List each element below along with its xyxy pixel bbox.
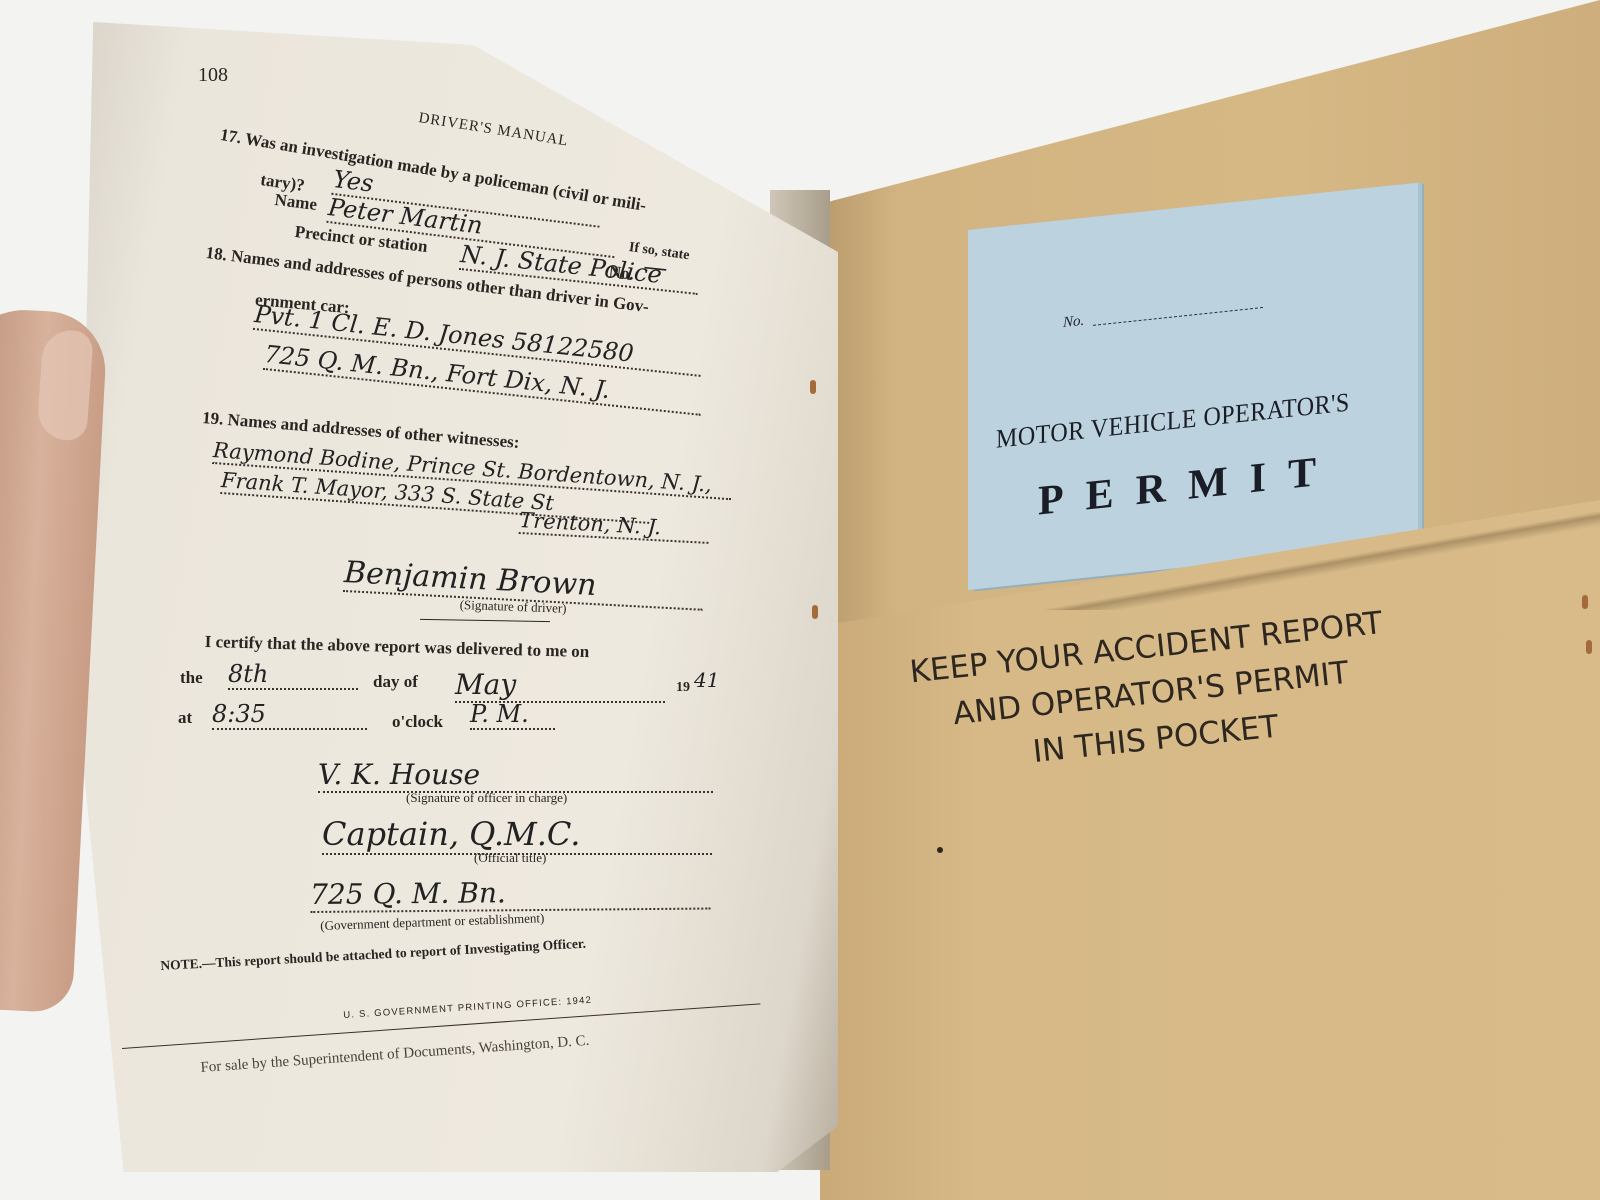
time-value[interactable]: 8:35	[212, 700, 367, 730]
staple-icon	[1582, 595, 1588, 609]
officer-signature[interactable]: V. K. House	[318, 758, 713, 793]
permit-number-line	[1093, 307, 1263, 326]
ampm-value[interactable]: P. M.	[470, 700, 555, 730]
official-title-caption: (Official title)	[474, 850, 546, 866]
day-label-pre: the	[180, 668, 203, 688]
staple-icon	[812, 605, 818, 619]
department[interactable]: 725 Q. M. Bn.	[310, 875, 710, 913]
staple-icon	[810, 380, 816, 394]
time-label-pre: at	[178, 708, 192, 728]
day-value[interactable]: 8th	[228, 660, 358, 690]
pocket-fold-edge	[820, 500, 1600, 610]
ink-dot	[937, 847, 943, 853]
official-title[interactable]: Captain, Q.M.C.	[322, 815, 712, 855]
permit-number-label: No.	[1063, 313, 1084, 332]
time-label-mid: o'clock	[392, 712, 443, 732]
page-number: 108	[198, 64, 228, 87]
open-booklet: No. MOTOR VEHICLE OPERATOR'S PERMIT KEEP…	[0, 0, 1600, 1200]
permit-title: MOTOR VEHICLE OPERATOR'S	[996, 389, 1350, 456]
q17-no-label: No.	[608, 262, 635, 285]
q17-no-value[interactable]: —	[642, 252, 669, 282]
officer-signature-caption: (Signature of officer in charge)	[406, 790, 567, 806]
year-value[interactable]: 41	[694, 668, 719, 692]
year-prefix: 19	[676, 680, 690, 696]
staple-icon	[1586, 640, 1592, 654]
thumbnail	[36, 328, 94, 441]
day-label-mid: day of	[373, 672, 418, 692]
month-value[interactable]: May	[455, 668, 665, 703]
